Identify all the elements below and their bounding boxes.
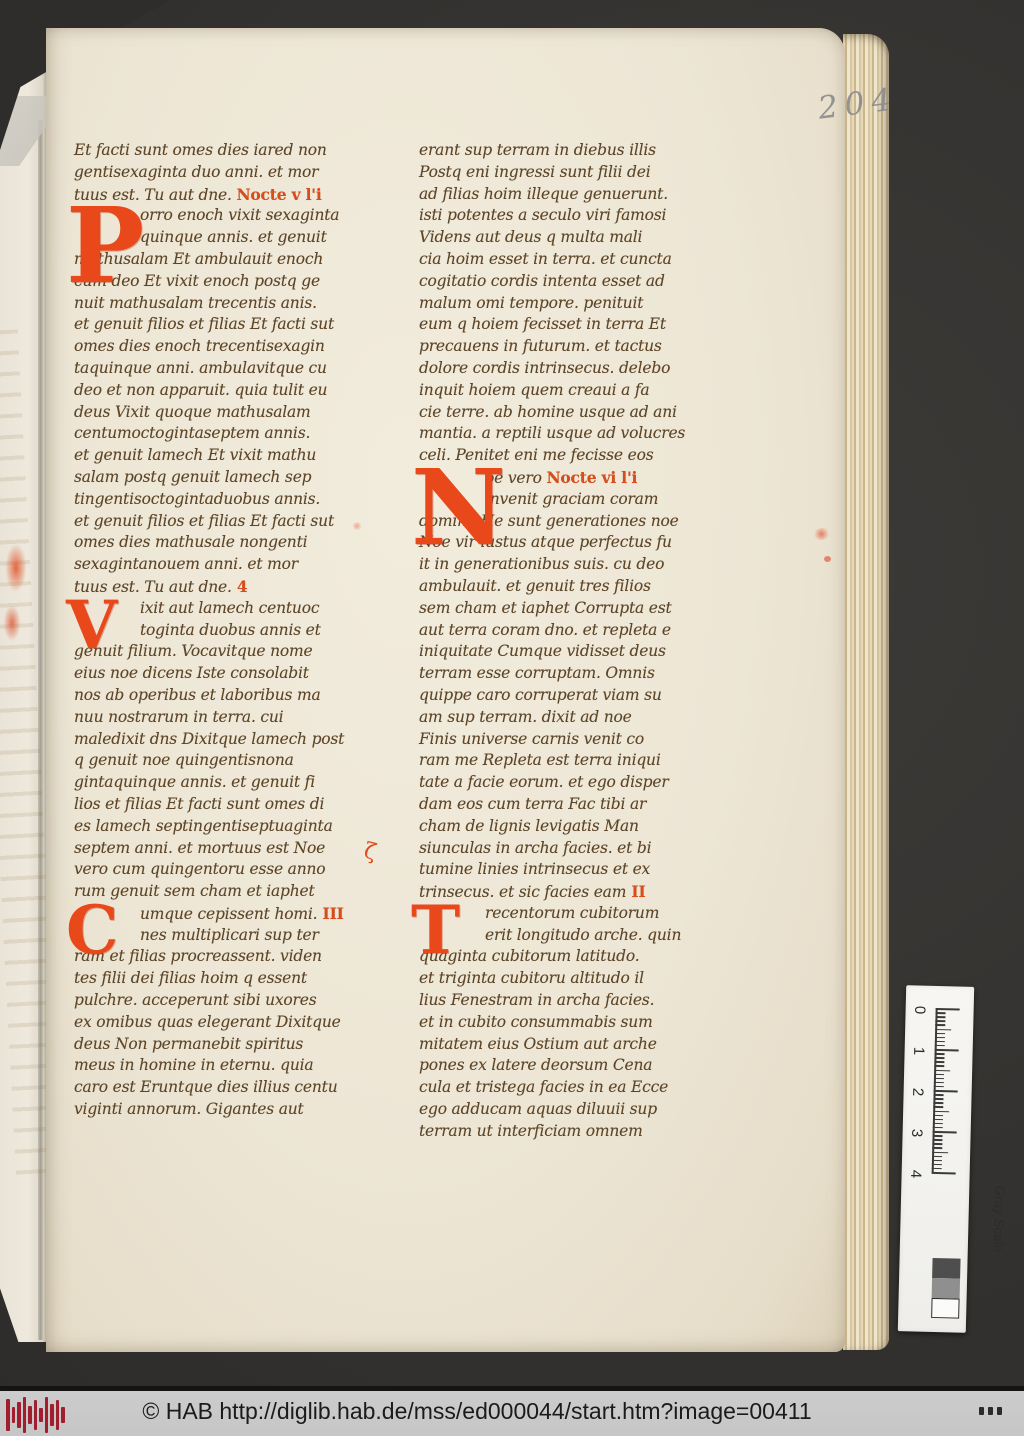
body-text: recentorum cubitorum <box>485 904 659 922</box>
photo-stage: 204 Et facti sunt omes dies iared nongen… <box>0 0 1024 1436</box>
manuscript-text-line: recentorum cubitorum <box>419 903 759 925</box>
grayscale-calibration-card: 01234 Gray Scale <box>898 985 974 1333</box>
gray-scale-label: Gray Scale <box>927 1184 1007 1206</box>
manuscript-text-line: siunculas in archa facies. et bi <box>419 838 759 860</box>
manuscript-text-line: tate a facie eorum. et ego disper <box>419 772 759 794</box>
body-text: pulchre. acceperunt sibi uxores <box>74 991 316 1009</box>
manuscript-text-line: sexagintanouem anni. et mor <box>74 554 414 576</box>
manuscript-text-line: ram me Repleta est terra iniqui <box>419 750 759 772</box>
ruler-ticks <box>932 1008 964 1179</box>
manuscript-text-line: lios et filias Et facti sunt omes di <box>74 794 414 816</box>
body-text: dam eos cum terra Fac tibi ar <box>419 795 646 813</box>
body-text: salam postq genuit lamech sep <box>74 468 311 486</box>
body-text: ad filias hoim illeque genuerunt. <box>419 185 668 203</box>
ruler-minor-tick <box>933 1110 949 1112</box>
body-text: Videns aut deus q multa mali <box>419 228 642 246</box>
ruler-minor-tick <box>933 1135 943 1137</box>
ruler-minor-tick <box>935 1045 945 1047</box>
text-column-left: Et facti sunt omes dies iared nongentise… <box>74 140 414 1121</box>
ruler-minor-tick <box>933 1102 943 1104</box>
manuscript-text-line: rum genuit sem cham et iaphet <box>74 881 414 903</box>
manuscript-text-line: omes dies mathusale nongenti <box>74 532 414 554</box>
manuscript-text-line: cia hoim esset in terra. et cuncta <box>419 249 759 271</box>
body-text: viginti annorum. Gigantes aut <box>74 1100 304 1118</box>
body-text: taquinque anni. ambulavitque cu <box>74 359 327 377</box>
body-text: meus in homine in eternu. quia <box>74 1056 313 1074</box>
manuscript-text-line: es lamech septingentiseptuaginta <box>74 816 414 838</box>
manuscript-text-line: umque cepissent homi. III <box>74 903 414 925</box>
body-text: tes filii dei filias hoim q essent <box>74 969 307 987</box>
footer-right-marks-icon <box>979 1407 1002 1415</box>
manuscript-text-line: deus Vixit quoque mathusalam <box>74 402 414 424</box>
body-text: aut terra coram dno. et repleta e <box>419 621 671 639</box>
body-text: cogitatio cordis intenta esset ad <box>419 272 665 290</box>
body-text: septem anni. et mortuus est Noe <box>74 839 325 857</box>
manuscript-text-line: iniquitate Cumque vidisset deus <box>419 641 759 663</box>
manuscript-text-line: nes multiplicari sup ter <box>74 925 414 947</box>
manuscript-text-line: tes filii dei filias hoim q essent <box>74 968 414 990</box>
body-text: cia hoim esset in terra. et cuncta <box>419 250 672 268</box>
ruler-minor-tick <box>933 1106 943 1108</box>
manuscript-text-line: cula et tristega facies in ea Ecce <box>419 1077 759 1099</box>
ruler-minor-tick <box>935 1028 951 1030</box>
ruler-number: 1 <box>910 1041 927 1061</box>
manuscript-text-line: aut terra coram dno. et repleta e <box>419 620 759 642</box>
body-text: sexagintanouem anni. et mor <box>74 555 298 573</box>
manuscript-text-line: am sup terram. dixit ad noe <box>419 707 759 729</box>
body-text: nes multiplicari sup ter <box>140 926 319 944</box>
body-text: deo et non apparuit. quia tulit eu <box>74 381 327 399</box>
footer-mark <box>988 1407 993 1415</box>
gray-patches <box>931 1258 960 1319</box>
ruler-number: 4 <box>907 1164 924 1184</box>
body-text: iniquitate Cumque vidisset deus <box>419 642 666 660</box>
manuscript-text-line: terram esse corruptam. Omnis <box>419 663 759 685</box>
body-text: centumoctogintaseptem annis. <box>74 424 310 442</box>
ruler-minor-tick <box>934 1065 944 1067</box>
ruler-minor-tick <box>933 1127 943 1129</box>
manuscript-text-line: eum q hoiem fecisset in terra Et <box>419 314 759 336</box>
body-text: quippe caro corruperat viam su <box>419 686 662 704</box>
rubric-text: III <box>317 904 343 923</box>
red-stain <box>814 528 829 540</box>
body-text: orro enoch vixit sexaginta <box>140 206 339 224</box>
body-text: Finis universe carnis venit co <box>419 730 644 748</box>
body-text: umque cepissent homi. <box>140 905 317 923</box>
body-text: et genuit filios et filias Et facti sut <box>74 512 334 530</box>
manuscript-text-line: trinsecus. et sic facies eam II <box>419 881 759 903</box>
body-text: Et facti sunt omes dies iared non <box>74 141 327 159</box>
body-text: nos ab operibus et laboribus ma <box>74 686 321 704</box>
rubric-text: Nocte vi l'i <box>546 468 637 487</box>
ruler-major-tick <box>932 1172 956 1174</box>
body-text: gintaquinque annis. et genuit fi <box>74 773 315 791</box>
body-text: ego adducam aquas diluuii sup <box>419 1100 657 1118</box>
manuscript-text-line: Finis universe carnis venit co <box>419 729 759 751</box>
ruler-minor-tick <box>934 1086 944 1088</box>
manuscript-text-line: Et facti sunt omes dies iared non <box>74 140 414 162</box>
ruler-minor-tick <box>935 1024 945 1026</box>
gutter-fold-line <box>38 120 43 1340</box>
body-text: eum q hoiem fecisset in terra Et <box>419 315 666 333</box>
body-text: tumine linies intrinsecus et ex <box>419 860 650 878</box>
body-text: ixit aut lamech centuoc <box>140 599 319 617</box>
illuminated-initial: V <box>66 596 117 655</box>
manuscript-text-line: caro est Eruntque dies illius centu <box>74 1077 414 1099</box>
text-column-right: erant sup terram in diebus illisPostq en… <box>419 140 759 1143</box>
manuscript-text-line: ram et filias procreassent. viden <box>74 946 414 968</box>
body-text: malum omi tempore. penituit <box>419 294 643 312</box>
ruler-minor-tick <box>933 1098 943 1100</box>
body-text: siunculas in archa facies. et bi <box>419 839 651 857</box>
body-text: ambulauit. et genuit tres filios <box>419 577 651 595</box>
manuscript-text-line: terram ut interficiam omnem <box>419 1121 759 1143</box>
manuscript-text-line: Postq eni ingressi sunt filii dei <box>419 162 759 184</box>
body-text: nuu nostrarum in terra. cui <box>74 708 283 726</box>
body-text: gentisexaginta duo anni. et mor <box>74 163 318 181</box>
manuscript-text-line: gentisexaginta duo anni. et mor <box>74 162 414 184</box>
body-text: sem cham et iaphet Corrupta est <box>419 599 672 617</box>
ruler-minor-tick <box>935 1037 945 1039</box>
body-text: ex omibus quas elegerant Dixitque <box>74 1013 341 1031</box>
manuscript-text-line: gintaquinque annis. et genuit fi <box>74 772 414 794</box>
ruler-minor-tick <box>933 1123 943 1125</box>
manuscript-text-line: omes dies enoch trecentisexagin <box>74 336 414 358</box>
manuscript-text-line: toginta duobus annis et <box>74 620 414 642</box>
body-text: deus Vixit quoque mathusalam <box>74 403 311 421</box>
manuscript-text-line: deo et non apparuit. quia tulit eu <box>74 380 414 402</box>
manuscript-page: 204 Et facti sunt omes dies iared nongen… <box>46 28 845 1352</box>
manuscript-text-line: salam postq genuit lamech sep <box>74 467 414 489</box>
body-text: am sup terram. dixit ad noe <box>419 708 632 726</box>
manuscript-text-line: ad filias hoim illeque genuerunt. <box>419 184 759 206</box>
manuscript-text-line: et genuit filios et filias Et facti sut <box>74 314 414 336</box>
ruler-minor-tick <box>935 1033 945 1035</box>
ruler-number: 2 <box>909 1082 926 1102</box>
body-text: invenit graciam coram <box>485 490 658 508</box>
gray-patch <box>932 1258 960 1279</box>
body-text: mitatem eius Ostium aut arche <box>419 1035 657 1053</box>
manuscript-text-line: ixit aut lamech centuoc <box>74 598 414 620</box>
manuscript-text-line: deus Non permanebit spiritus <box>74 1034 414 1056</box>
illuminated-initial: T <box>411 901 460 960</box>
body-text: lios et filias Et facti sunt omes di <box>74 795 324 813</box>
manuscript-text-line: nuu nostrarum in terra. cui <box>74 707 414 729</box>
body-text: precauens in futurum. et tactus <box>419 337 662 355</box>
caption-text: © HAB http://diglib.hab.de/mss/ed000044/… <box>0 1398 954 1425</box>
ruler-minor-tick <box>935 1020 945 1022</box>
facing-page-red-mark <box>4 606 20 640</box>
manuscript-text-line: inquit hoiem quem creaui a fa <box>419 380 759 402</box>
rubric-text: 4 <box>232 577 248 596</box>
ruler-minor-tick <box>933 1119 943 1121</box>
body-text: cham de lignis levigatis Man <box>419 817 639 835</box>
body-text: terram ut interficiam omnem <box>419 1122 643 1140</box>
body-text: et genuit filios et filias Et facti sut <box>74 315 334 333</box>
ruler-major-tick <box>934 1090 958 1092</box>
manuscript-text-line: meus in homine in eternu. quia <box>74 1055 414 1077</box>
ruler-major-tick <box>936 1008 960 1010</box>
manuscript-text-line: lius Fenestram in archa facies. <box>419 990 759 1012</box>
body-text: Postq eni ingressi sunt filii dei <box>419 163 650 181</box>
manuscript-text-line: erant sup terram in diebus illis <box>419 140 759 162</box>
manuscript-text-line: cie terre. ab homine usque ad ani <box>419 402 759 424</box>
manuscript-text-line: cogitatio cordis intenta esset ad <box>419 271 759 293</box>
ruler-major-tick <box>935 1049 959 1051</box>
ruler-minor-tick <box>934 1082 944 1084</box>
ruler-minor-tick <box>933 1115 943 1117</box>
body-text: toginta duobus annis et <box>140 621 321 639</box>
footer-mark <box>997 1407 1002 1415</box>
manuscript-text-line: eius noe dicens Iste consolabit <box>74 663 414 685</box>
manuscript-text-line: erit longitudo arche. quin <box>419 925 759 947</box>
body-text: dolore cordis intrinsecus. delebo <box>419 359 670 377</box>
ruler-minor-tick <box>935 1041 945 1043</box>
manuscript-text-line: tumine linies intrinsecus et ex <box>419 859 759 881</box>
manuscript-text-line: precauens in futurum. et tactus <box>419 336 759 358</box>
ruler-minor-tick <box>932 1139 942 1141</box>
manuscript-text-line: taquinque anni. ambulavitque cu <box>74 358 414 380</box>
manuscript-text-line: cham de lignis levigatis Man <box>419 816 759 838</box>
ruler-minor-tick <box>932 1151 948 1153</box>
body-text: caro est Eruntque dies illius centu <box>74 1078 337 1096</box>
manuscript-text-line: tingentisoctogintaduobus annis. <box>74 489 414 511</box>
body-text: cula et tristega facies in ea Ecce <box>419 1078 668 1096</box>
manuscript-text-line: viginti annorum. Gigantes aut <box>74 1099 414 1121</box>
ruler-minor-tick <box>932 1147 942 1149</box>
ruler-number: 0 <box>911 1000 928 1020</box>
red-stain <box>824 556 831 562</box>
body-text: q genuit noe quingentisnona <box>74 751 294 769</box>
ruler-major-tick <box>933 1131 957 1133</box>
manuscript-text-line: tuus est. Tu aut dne. 4 <box>74 576 414 598</box>
manuscript-text-line: sem cham et iaphet Corrupta est <box>419 598 759 620</box>
manuscript-text-line: mantia. a reptili usque ad volucres <box>419 423 759 445</box>
manuscript-text-line: q genuit noe quingentisnona <box>74 750 414 772</box>
ruler-minor-tick <box>934 1069 950 1071</box>
body-text: erant sup terram in diebus illis <box>419 141 656 159</box>
body-text: cie terre. ab homine usque ad ani <box>419 403 677 421</box>
manuscript-text-line: centumoctogintaseptem annis. <box>74 423 414 445</box>
body-text: lius Fenestram in archa facies. <box>419 991 654 1009</box>
ruler-minor-tick <box>932 1168 942 1170</box>
ruler-minor-tick <box>934 1057 944 1059</box>
body-text: inquit hoiem quem creaui a fa <box>419 381 649 399</box>
body-text: tate a facie eorum. et ego disper <box>419 773 669 791</box>
rubric-text: Nocte v l'i <box>236 185 321 204</box>
illuminated-initial: P <box>66 199 144 293</box>
body-text: eius noe dicens Iste consolabit <box>74 664 309 682</box>
ruler-minor-tick <box>934 1078 944 1080</box>
manuscript-text-line: dam eos cum terra Fac tibi ar <box>419 794 759 816</box>
manuscript-text-line: pones ex latere deorsum Cena <box>419 1055 759 1077</box>
body-text: mantia. a reptili usque ad volucres <box>419 424 685 442</box>
ruler-minor-tick <box>934 1061 944 1063</box>
manuscript-text-line: et genuit filios et filias Et facti sut <box>74 511 414 533</box>
manuscript-text-line: quippe caro corruperat viam su <box>419 685 759 707</box>
caption-bar: © HAB http://diglib.hab.de/mss/ed000044/… <box>0 1386 1024 1436</box>
manuscript-text-line: nos ab operibus et laboribus ma <box>74 685 414 707</box>
manuscript-text-line: et in cubito consummabis sum <box>419 1012 759 1034</box>
body-text: ram me Repleta est terra iniqui <box>419 751 661 769</box>
body-text: et triginta cubitoru altitudo il <box>419 969 644 987</box>
manuscript-text-line: pulchre. acceperunt sibi uxores <box>74 990 414 1012</box>
body-text: quinque annis. et genuit <box>140 228 327 246</box>
ruler-minor-tick <box>934 1094 944 1096</box>
body-text: omes dies enoch trecentisexagin <box>74 337 325 355</box>
body-text: deus Non permanebit spiritus <box>74 1035 303 1053</box>
manuscript-text-line: malum omi tempore. penituit <box>419 293 759 315</box>
manuscript-text-line: genuit filium. Vocavitque nome <box>74 641 414 663</box>
body-text: erit longitudo arche. quin <box>485 926 681 944</box>
ruler-numbers: 01234 <box>905 1001 930 1191</box>
ruler-minor-tick <box>932 1143 942 1145</box>
manuscript-text-line: mitatem eius Ostium aut arche <box>419 1034 759 1056</box>
ruler-minor-tick <box>934 1074 944 1076</box>
ruler-minor-tick <box>936 1012 946 1014</box>
manuscript-text-line: et genuit lamech Et vixit mathu <box>74 445 414 467</box>
body-text: et genuit lamech Et vixit mathu <box>74 446 316 464</box>
manuscript-text-line: quaginta cubitorum latitudo. <box>419 946 759 968</box>
manuscript-text-line: maledixit dns Dixitque lamech post <box>74 729 414 751</box>
red-stain <box>352 522 362 530</box>
body-text: maledixit dns Dixitque lamech post <box>74 730 344 748</box>
body-text: vero cum quingentoru esse anno <box>74 860 325 878</box>
manuscript-text-line: Videns aut deus q multa mali <box>419 227 759 249</box>
body-text: omes dies mathusale nongenti <box>74 533 307 551</box>
ruler-number: 3 <box>908 1123 925 1143</box>
body-text: es lamech septingentiseptuaginta <box>74 817 333 835</box>
manuscript-text-line: isti potentes a seculo viri famosi <box>419 205 759 227</box>
body-text: pones ex latere deorsum Cena <box>419 1056 652 1074</box>
footer-mark <box>979 1407 984 1415</box>
manuscript-text-line: et triginta cubitoru altitudo il <box>419 968 759 990</box>
manuscript-text-line: ego adducam aquas diluuii sup <box>419 1099 759 1121</box>
gray-patch <box>931 1298 959 1319</box>
manuscript-text-line: dolore cordis intrinsecus. delebo <box>419 358 759 380</box>
body-text: et in cubito consummabis sum <box>419 1013 653 1031</box>
gray-patch <box>932 1278 960 1299</box>
ruler-minor-tick <box>935 1016 945 1018</box>
body-text: tingentisoctogintaduobus annis. <box>74 490 320 508</box>
ruler-minor-tick <box>932 1155 942 1157</box>
ruler-minor-tick <box>932 1164 942 1166</box>
body-text: terram esse corruptam. Omnis <box>419 664 655 682</box>
body-text: isti potentes a seculo viri famosi <box>419 206 666 224</box>
manuscript-text-line: ex omibus quas elegerant Dixitque <box>74 1012 414 1034</box>
illuminated-initial: C <box>66 901 119 960</box>
illuminated-initial: N <box>411 461 506 555</box>
book-fore-edge <box>843 34 889 1350</box>
manuscript-text-line: ambulauit. et genuit tres filios <box>419 576 759 598</box>
rubric-text: II <box>626 882 645 901</box>
ruler-minor-tick <box>935 1053 945 1055</box>
ruler-minor-tick <box>932 1160 942 1162</box>
